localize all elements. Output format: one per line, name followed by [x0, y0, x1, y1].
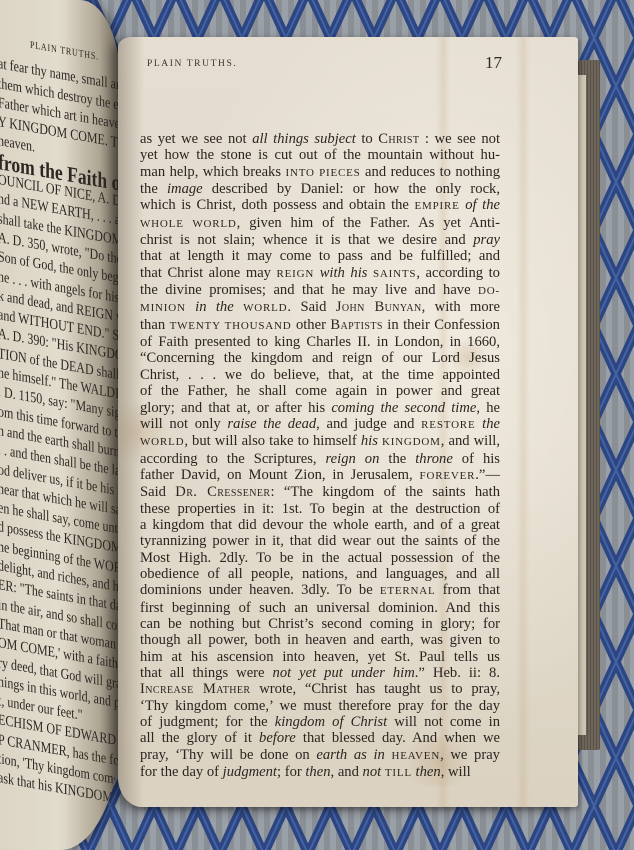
- text-line: of Faith presented to king Charles II. i…: [140, 334, 500, 350]
- text-line: that all things were not yet put under h…: [140, 665, 500, 681]
- text-line: that at length it may come to pass and b…: [140, 248, 500, 264]
- text-line: man help, which breaks into pieces and r…: [140, 164, 500, 181]
- text-line: the divine promises; and that he may liv…: [140, 282, 500, 299]
- text-line: can be nothing but Christ’s second comin…: [140, 616, 500, 632]
- page-number: 17: [485, 53, 612, 73]
- text-line: father David, on Mount Zion, in Jerusale…: [140, 467, 500, 484]
- page-body-text: as yet we see not all things subject to …: [140, 131, 500, 781]
- text-line: these properties in it: 1st. To begin at…: [140, 501, 500, 517]
- right-page: as yet we see not all things subject to …: [118, 37, 578, 807]
- text-line: as yet we see not all things subject to …: [140, 131, 500, 147]
- text-line: pray, ‘Thy will be done on earth as in h…: [140, 747, 500, 764]
- text-line: all the glory of it before that blessed …: [140, 730, 500, 746]
- text-line: of judgment; for the kingdom of Christ w…: [140, 714, 500, 730]
- left-page: PLAIN TRUTHS. at fear thy name, small an…: [0, 0, 120, 850]
- text-line: a kingdom that did devour the whole eart…: [140, 517, 500, 533]
- text-line: tyrannizing power in it, that did wear o…: [140, 533, 500, 549]
- text-line: obedience of all people, nations, and la…: [140, 566, 500, 582]
- running-head: PLAIN TRUTHS.: [147, 59, 237, 69]
- text-line: Christ, . . . we do believe, that, at th…: [140, 367, 500, 383]
- text-line: him at his ascension into heaven, yet St…: [140, 649, 500, 665]
- text-line: will not only raise the dead, and judge …: [140, 416, 500, 433]
- text-line: for the day of judgment; for then, and n…: [140, 764, 500, 781]
- text-line: first beginning of such an universal dom…: [140, 600, 500, 616]
- text-line: world, but will also take to himself his…: [140, 433, 500, 450]
- text-line: yet how the stone is cut out of the moun…: [140, 147, 500, 163]
- text-line: glory; and that at, or after his coming …: [140, 400, 500, 416]
- text-line: dominions under heaven. 3dly. To be eter…: [140, 582, 500, 599]
- left-page-text: PLAIN TRUTHS. at fear thy name, small an…: [0, 30, 118, 810]
- text-line: minion in the world. Said John Bunyan, w…: [140, 299, 500, 316]
- text-line: christ is not slain; whence it is that w…: [140, 232, 500, 248]
- text-line: which is Christ, doth possess and obtain…: [140, 197, 500, 214]
- text-line: Said Dr. Cressener: “The kingdom of the …: [140, 484, 500, 500]
- text-line: ‘Thy kingdom come,’ we must therefore pr…: [140, 698, 500, 714]
- text-line: though all power, both in heaven and ear…: [140, 632, 500, 648]
- water-stain-streak: [516, 37, 530, 807]
- text-line: according to the Scriptures, reign on th…: [140, 451, 500, 467]
- text-line: Increase Mather wrote, “Christ has taugh…: [140, 681, 500, 697]
- text-line: the image described by Daniel: or how th…: [140, 181, 500, 197]
- text-line: Most High. 2dly. To be in the actual pos…: [140, 550, 500, 566]
- text-line: that Christ alone may reign with his sai…: [140, 265, 500, 282]
- text-line: whole world, given him of the Father. As…: [140, 215, 500, 232]
- text-line: than twenty thousand other Baptists in t…: [140, 317, 500, 334]
- text-line: of the Father, he shall come again in po…: [140, 383, 500, 399]
- text-line: “Concerning the kingdom and reign of our…: [140, 350, 500, 366]
